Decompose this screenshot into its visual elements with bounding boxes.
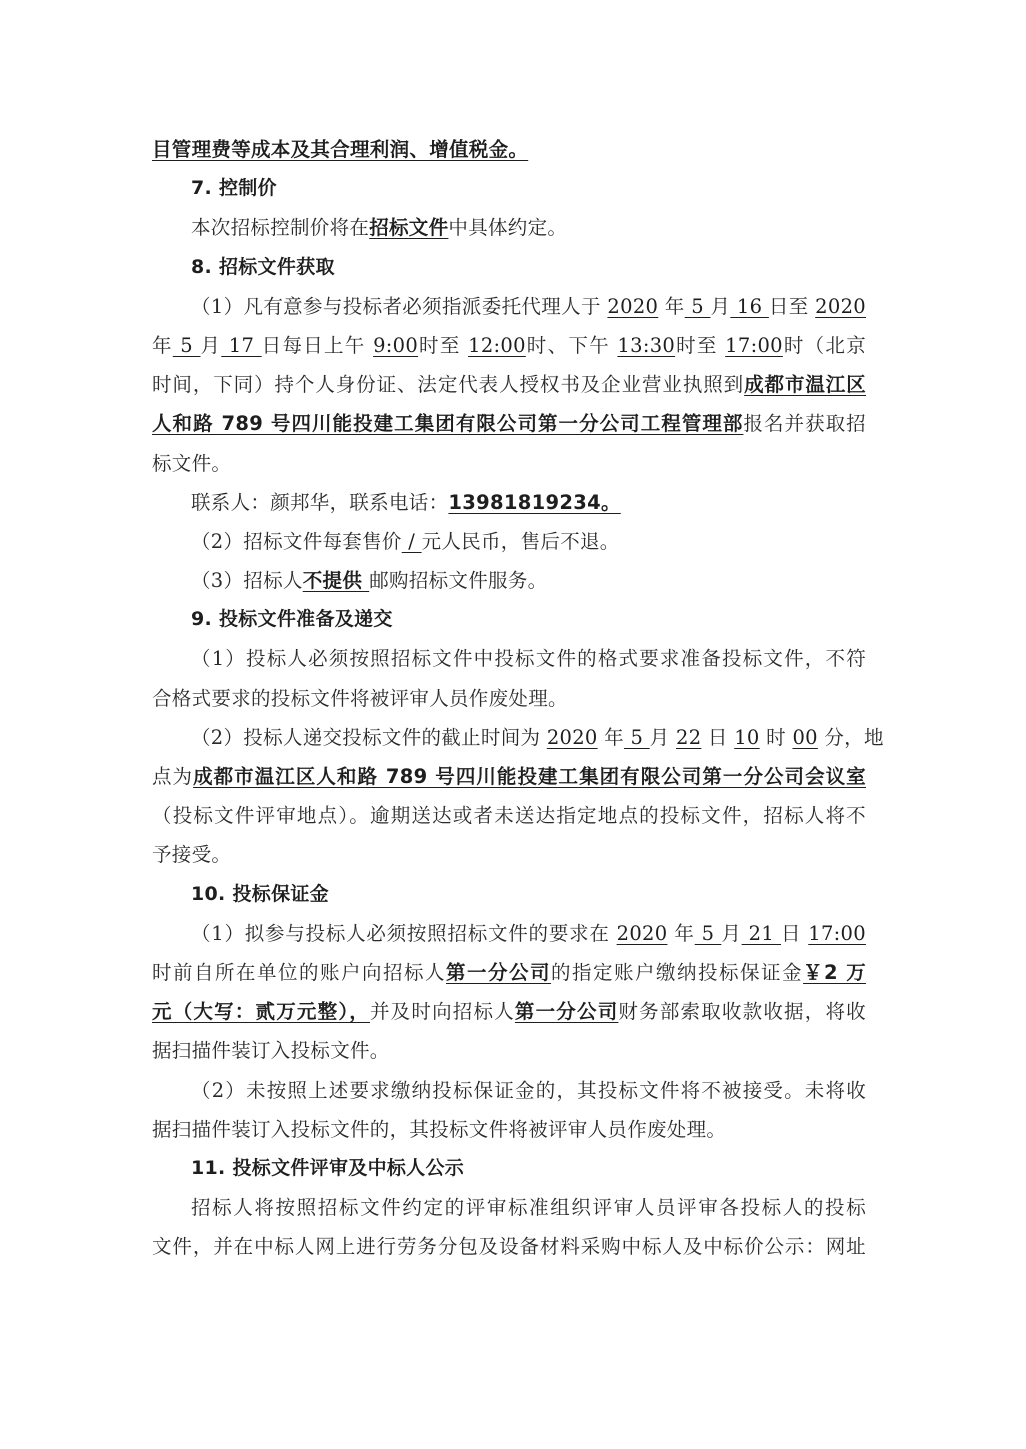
text-run: 7. 控制价 <box>191 177 277 199</box>
paragraph-line: 联系人：颜邦华，联系电话：13981819234。 <box>152 483 866 522</box>
text-run: 中具体约定。 <box>448 216 567 239</box>
text-run: 财务部索取收款收据，将收 <box>618 1000 866 1023</box>
paragraph-line: 招标人将按照招标文件约定的评审标准组织评审人员评审各投标人的投标 <box>152 1188 866 1227</box>
section-heading: 11. 投标文件评审及中标人公示 <box>152 1149 866 1188</box>
text-run: 元人民币，售后不退。 <box>422 530 620 553</box>
underlined-field: 12:00 <box>468 334 526 357</box>
underlined-field: 17:00 <box>808 922 866 945</box>
text-run: 并及时向招标人 <box>370 1000 515 1023</box>
text-run: 时前自所在单位的账户向招标人 <box>152 961 446 984</box>
text-run: 时 <box>760 726 793 749</box>
text-run: 时（北京 <box>783 334 866 357</box>
text-run: 月 <box>200 334 221 357</box>
text-run: 予接受。 <box>152 843 231 866</box>
text-run: 10. 投标保证金 <box>191 883 329 905</box>
text-run: 的指定账户缴纳投标保证金 <box>551 961 803 984</box>
text-run: 9. 投标文件准备及递交 <box>191 608 393 630</box>
text-run: 联系人：颜邦华，联系电话： <box>191 491 448 514</box>
text-run: （1）凡有意参与投标者必须指派委托代理人于 <box>191 295 607 318</box>
text-run: 时、下午 <box>526 334 618 357</box>
underlined-field: 13981819234。 <box>448 491 620 514</box>
underlined-field: 5 <box>173 334 201 357</box>
text-run: 文件，并在中标人网上进行劳务分包及设备材料采购中标人及中标价公示：网址 <box>152 1235 866 1258</box>
paragraph-line: 时前自所在单位的账户向招标人第一分公司的指定账户缴纳投标保证金￥2 万 <box>152 953 866 992</box>
paragraph-line: 本次招标控制价将在招标文件中具体约定。 <box>152 208 866 247</box>
text-run: 时间，下同）持个人身份证、法定代表人授权书及企业营业执照到 <box>152 373 744 396</box>
text-run: 月 <box>650 726 676 749</box>
text-run: （1）拟参与投标人必须按照招标文件的要求在 <box>191 922 617 945</box>
underlined-field: / <box>402 530 422 553</box>
text-run: 日 <box>701 726 734 749</box>
underlined-field: 2020 <box>815 295 866 318</box>
section-heading: 7. 控制价 <box>152 169 866 208</box>
paragraph-line: （3）招标人不提供 邮购招标文件服务。 <box>152 561 866 600</box>
paragraph-line: （2）投标人递交投标文件的截止时间为 2020 年 5 月 22 日 10 时 … <box>152 718 866 757</box>
paragraph-line: 目管理费等成本及其合理利润、增值税金。 <box>152 130 866 169</box>
paragraph-line: 元（大写：贰万元整），并及时向招标人第一分公司财务部索取收款收据，将收 <box>152 992 866 1031</box>
underlined-field: 00 <box>792 726 817 749</box>
text-run: 标文件。 <box>152 452 231 475</box>
text-run: 时至 <box>675 334 725 357</box>
text-run: 11. 投标文件评审及中标人公示 <box>191 1157 464 1179</box>
underlined-field: 成都市温江区人和路 789 号四川能投建工集团有限公司第一分公司会议室 <box>193 765 866 788</box>
text-run: （投标文件评审地点）。逾期送达或者未送达指定地点的投标文件，招标人将不 <box>152 804 866 827</box>
text-run: 日至 <box>769 295 815 318</box>
section-heading: 9. 投标文件准备及递交 <box>152 600 866 639</box>
paragraph-line: 人和路 789 号四川能投建工集团有限公司第一分公司工程管理部报名并获取招 <box>152 404 866 443</box>
text-run: 时至 <box>418 334 468 357</box>
text-run: 据扫描件装订入投标文件的，其投标文件将被评审人员作废处理。 <box>152 1118 726 1141</box>
underlined-field: 17 <box>221 334 261 357</box>
text-run: 年 <box>152 334 173 357</box>
text-run: 年 <box>667 922 694 945</box>
text-run: 邮购招标文件服务。 <box>369 569 547 592</box>
section-heading: 8. 招标文件获取 <box>152 248 866 287</box>
underlined-field: 第一分公司 <box>515 1000 619 1023</box>
document-page: 目管理费等成本及其合理利润、增值税金。7. 控制价本次招标控制价将在招标文件中具… <box>152 130 866 1266</box>
paragraph-line: 据扫描件装订入投标文件。 <box>152 1031 866 1070</box>
underlined-field: 第一分公司 <box>446 961 551 984</box>
paragraph-line: 据扫描件装订入投标文件的，其投标文件将被评审人员作废处理。 <box>152 1110 866 1149</box>
paragraph-line: 点为成都市温江区人和路 789 号四川能投建工集团有限公司第一分公司会议室 <box>152 757 866 796</box>
underlined-field: 不提供 <box>303 569 370 592</box>
underlined-field: 22 <box>676 726 701 749</box>
text-run: 年 <box>598 726 624 749</box>
underlined-field: 5 <box>695 922 722 945</box>
underlined-field: 13:30 <box>617 334 675 357</box>
section-heading: 10. 投标保证金 <box>152 875 866 914</box>
underlined-field: 2020 <box>607 295 658 318</box>
underlined-field: 5 <box>685 295 711 318</box>
paragraph-line: 文件，并在中标人网上进行劳务分包及设备材料采购中标人及中标价公示：网址 <box>152 1227 866 1266</box>
text-run: 合格式要求的投标文件将被评审人员作废处理。 <box>152 687 568 710</box>
text-run: 8. 招标文件获取 <box>191 256 335 278</box>
underlined-field: 17:00 <box>725 334 783 357</box>
text-run: 月 <box>721 922 741 945</box>
text-run: 月 <box>711 295 731 318</box>
text-run: 本次招标控制价将在 <box>191 216 369 239</box>
underlined-field: 16 <box>730 295 769 318</box>
text-run: 据扫描件装订入投标文件。 <box>152 1039 390 1062</box>
text-run: （2）招标文件每套售价 <box>191 530 402 553</box>
underlined-field: 成都市温江区 <box>744 373 866 396</box>
underlined-field: 2020 <box>547 726 598 749</box>
text-run: 点为 <box>152 765 193 788</box>
paragraph-line: 时间，下同）持个人身份证、法定代表人授权书及企业营业执照到成都市温江区 <box>152 365 866 404</box>
paragraph-line: 合格式要求的投标文件将被评审人员作废处理。 <box>152 679 866 718</box>
text-run: （3）招标人 <box>191 569 303 592</box>
text-run: 日 <box>781 922 808 945</box>
paragraph-line: （2）招标文件每套售价 / 元人民币，售后不退。 <box>152 522 866 561</box>
text-run: 招标人将按照招标文件约定的评审标准组织评审人员评审各投标人的投标 <box>191 1196 866 1219</box>
underlined-field: 元（大写：贰万元整）， <box>152 1000 370 1023</box>
paragraph-line: （2）未按照上述要求缴纳投标保证金的，其投标文件将不被接受。未将收 <box>152 1071 866 1110</box>
underlined-field: 5 <box>624 726 650 749</box>
paragraph-line: （1）凡有意参与投标者必须指派委托代理人于 2020 年 5 月 16 日至 2… <box>152 287 866 326</box>
text-run: 报名并获取招 <box>743 412 866 435</box>
underlined-field: 10 <box>734 726 759 749</box>
paragraph-line: （1）拟参与投标人必须按照招标文件的要求在 2020 年 5 月 21 日 17… <box>152 914 866 953</box>
underlined-field: 人和路 789 号四川能投建工集团有限公司第一分公司工程管理部 <box>152 412 743 435</box>
underlined-field: ￥2 万 <box>803 961 866 984</box>
text-run: 年 <box>658 295 684 318</box>
underlined-field: 21 <box>742 922 781 945</box>
underlined-field: 目管理费等成本及其合理利润、增值税金。 <box>152 138 528 161</box>
text-run: 分，地 <box>818 726 884 749</box>
paragraph-line: （投标文件评审地点）。逾期送达或者未送达指定地点的投标文件，招标人将不 <box>152 796 866 835</box>
text-run: （2）投标人递交投标文件的截止时间为 <box>191 726 547 749</box>
text-run: 日每日上午 <box>262 334 373 357</box>
paragraph-line: 年 5 月 17 日每日上午 9:00时至 12:00时、下午 13:30时至 … <box>152 326 866 365</box>
paragraph-line: （1）投标人必须按照招标文件中投标文件的格式要求准备投标文件，不符 <box>152 639 866 678</box>
underlined-field: 9:00 <box>373 334 418 357</box>
underlined-field: 2020 <box>617 922 668 945</box>
text-run: （2）未按照上述要求缴纳投标保证金的，其投标文件将不被接受。未将收 <box>191 1079 866 1102</box>
paragraph-line: 标文件。 <box>152 444 866 483</box>
underlined-field: 招标文件 <box>369 216 448 239</box>
text-run: （1）投标人必须按照招标文件中投标文件的格式要求准备投标文件，不符 <box>191 647 866 670</box>
paragraph-line: 予接受。 <box>152 835 866 874</box>
